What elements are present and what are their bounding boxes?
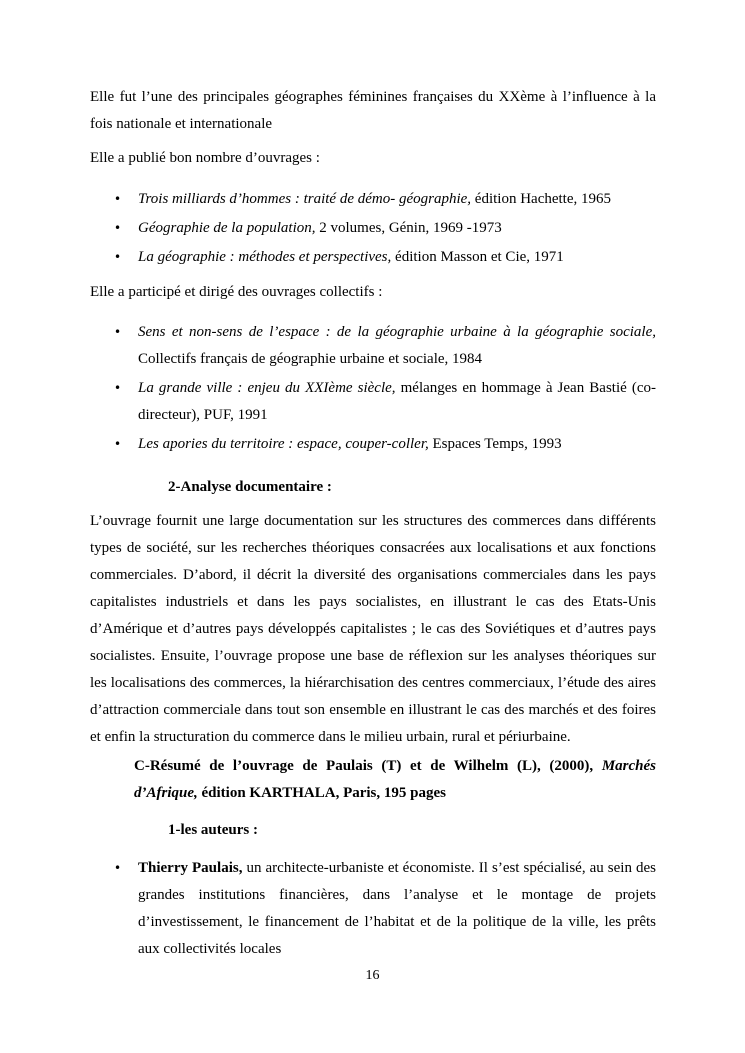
bullet-icon: • [114,215,121,242]
resume-suffix: édition KARTHALA, Paris, 195 pages [198,785,446,801]
list-item: • Trois milliards d’hommes : traité de d… [138,186,656,213]
bullet-icon: • [114,186,121,213]
work-details: édition Hachette, 1965 [471,191,611,207]
section-heading-resume: C-Résumé de l’ouvrage de Paulais (T) et … [134,753,656,807]
bullet-icon: • [114,855,121,882]
paragraph-published-intro: Elle a publié bon nombre d’ouvrages : [90,145,656,172]
collective-works-list: • Sens et non-sens de l’espace : de la g… [90,319,656,458]
authors-list: • Thierry Paulais, un architecte-urbanis… [90,855,656,963]
paragraph-biography: Elle fut l’une des principales géographe… [90,84,656,138]
work-title: La grande ville : enjeu du XXIème siècle… [138,380,396,396]
section-heading-authors: 1-les auteurs : [90,817,656,844]
section-heading-analysis: 2-Analyse documentaire : [90,474,656,501]
work-title: Trois milliards d’hommes : traité de dém… [138,191,471,207]
work-details: Espaces Temps, 1993 [429,436,562,452]
work-title: Géographie de la population, [138,220,315,236]
author-name: Thierry Paulais, [138,860,242,876]
paragraph-analysis-body: L’ouvrage fournit une large documentatio… [90,508,656,751]
bullet-icon: • [114,244,121,271]
list-item: • La grande ville : enjeu du XXIème sièc… [138,375,656,429]
work-title: Les apories du territoire : espace, coup… [138,436,429,452]
work-details: Collectifs français de géographie urbain… [138,351,482,367]
work-details: 2 volumes, Génin, 1969 -1973 [315,220,501,236]
list-item: • Thierry Paulais, un architecte-urbanis… [138,855,656,963]
work-title: La géographie : méthodes et perspectives… [138,249,391,265]
document-page: Elle fut l’une des principales géographe… [0,0,745,1053]
page-number: 16 [0,967,745,985]
page-content: Elle fut l’une des principales géographe… [90,84,656,965]
list-item: • Sens et non-sens de l’espace : de la g… [138,319,656,373]
list-item: • Les apories du territoire : espace, co… [138,431,656,458]
resume-prefix: C-Résumé de l’ouvrage de Paulais (T) et … [134,758,602,774]
work-details: édition Masson et Cie, 1971 [391,249,564,265]
published-works-list: • Trois milliards d’hommes : traité de d… [90,186,656,271]
work-title: Sens et non-sens de l’espace : de la géo… [138,324,656,340]
list-item: • Géographie de la population, 2 volumes… [138,215,656,242]
list-item: • La géographie : méthodes et perspectiv… [138,244,656,271]
bullet-icon: • [114,375,121,402]
bullet-icon: • [114,431,121,458]
bullet-icon: • [114,319,121,346]
paragraph-collective-intro: Elle a participé et dirigé des ouvrages … [90,279,656,306]
